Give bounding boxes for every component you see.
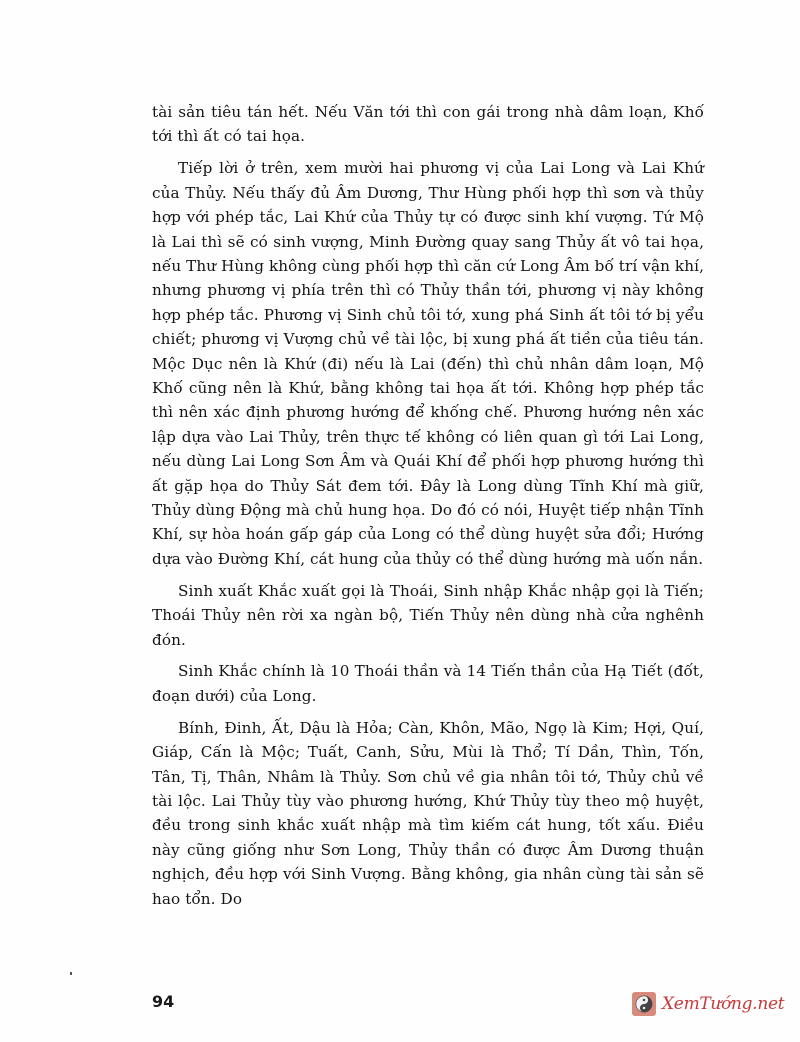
yin-yang-icon — [632, 992, 656, 1016]
page-number: 94 — [152, 992, 174, 1011]
paragraph-2: Tiếp lời ở trên, xem mười hai phương vị … — [152, 156, 704, 571]
paragraph-3: Sinh xuất Khắc xuất gọi là Thoái, Sinh n… — [152, 579, 704, 652]
watermark: XemTướng.net — [632, 989, 784, 1019]
book-page: tài sản tiêu tán hết. Nếu Văn tới thì co… — [0, 0, 800, 1042]
paragraph-1: tài sản tiêu tán hết. Nếu Văn tới thì co… — [152, 100, 704, 149]
paragraph-5: Bính, Đinh, Ất, Dậu là Hỏa; Càn, Khôn, M… — [152, 716, 704, 911]
watermark-text: XemTướng.net — [662, 994, 784, 1014]
body-text: tài sản tiêu tán hết. Nếu Văn tới thì co… — [152, 100, 704, 919]
scan-artifact — [70, 972, 72, 975]
paragraph-4: Sinh Khắc chính là 10 Thoái thần và 14 T… — [152, 659, 704, 708]
